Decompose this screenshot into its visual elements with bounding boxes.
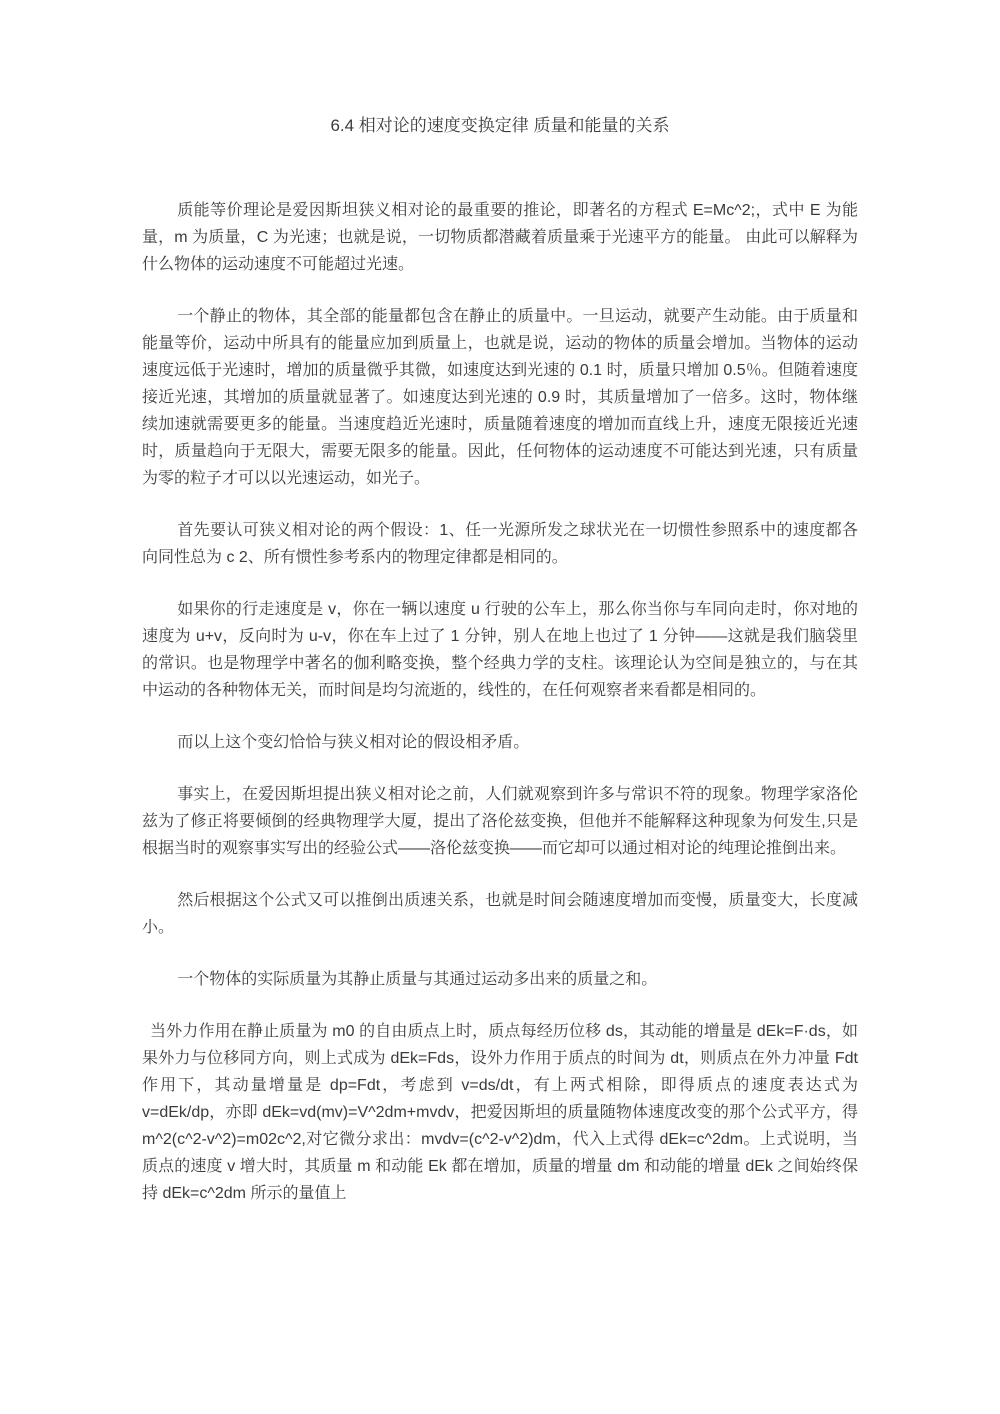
paragraph-derivation: 当外力作用在静止质量为 m0 的自由质点上时，质点每经历位移 ds，其动能的增量… bbox=[142, 1018, 858, 1207]
paragraph-mass-energy-equivalence: 质能等价理论是爱因斯坦狭义相对论的最重要的推论，即著名的方程式 E=Mc^2;，… bbox=[142, 197, 858, 278]
paragraph-contradiction: 而以上这个变幻恰恰与狭义相对论的假设相矛盾。 bbox=[142, 729, 858, 756]
paragraph-actual-mass: 一个物体的实际质量为其静止质量与其通过运动多出来的质量之和。 bbox=[142, 966, 858, 993]
page-title: 6.4 相对论的速度变换定律 质量和能量的关系 bbox=[142, 112, 858, 139]
paragraph-two-postulates: 首先要认可狭义相对论的两个假设：1、任一光源所发之球状光在一切惯性参照系中的速度… bbox=[142, 517, 858, 571]
paragraph-galilean-transform: 如果你的行走速度是 v，你在一辆以速度 u 行驶的公车上，那么你当你与车同向走时… bbox=[142, 596, 858, 704]
paragraph-lorentz-transform: 事实上，在爱因斯坦提出狭义相对论之前，人们就观察到许多与常识不符的现象。物理学家… bbox=[142, 781, 858, 862]
paragraph-resting-body-energy: 一个静止的物体，其全部的能量都包含在静止的质量中。一旦运动，就要产生动能。由于质… bbox=[142, 303, 858, 492]
paragraph-mass-velocity-relation: 然后根据这个公式又可以推倒出质速关系，也就是时间会随速度增加而变慢，质量变大，长… bbox=[142, 887, 858, 941]
document-page: 6.4 相对论的速度变换定律 质量和能量的关系 质能等价理论是爱因斯坦狭义相对论… bbox=[0, 0, 1000, 1414]
